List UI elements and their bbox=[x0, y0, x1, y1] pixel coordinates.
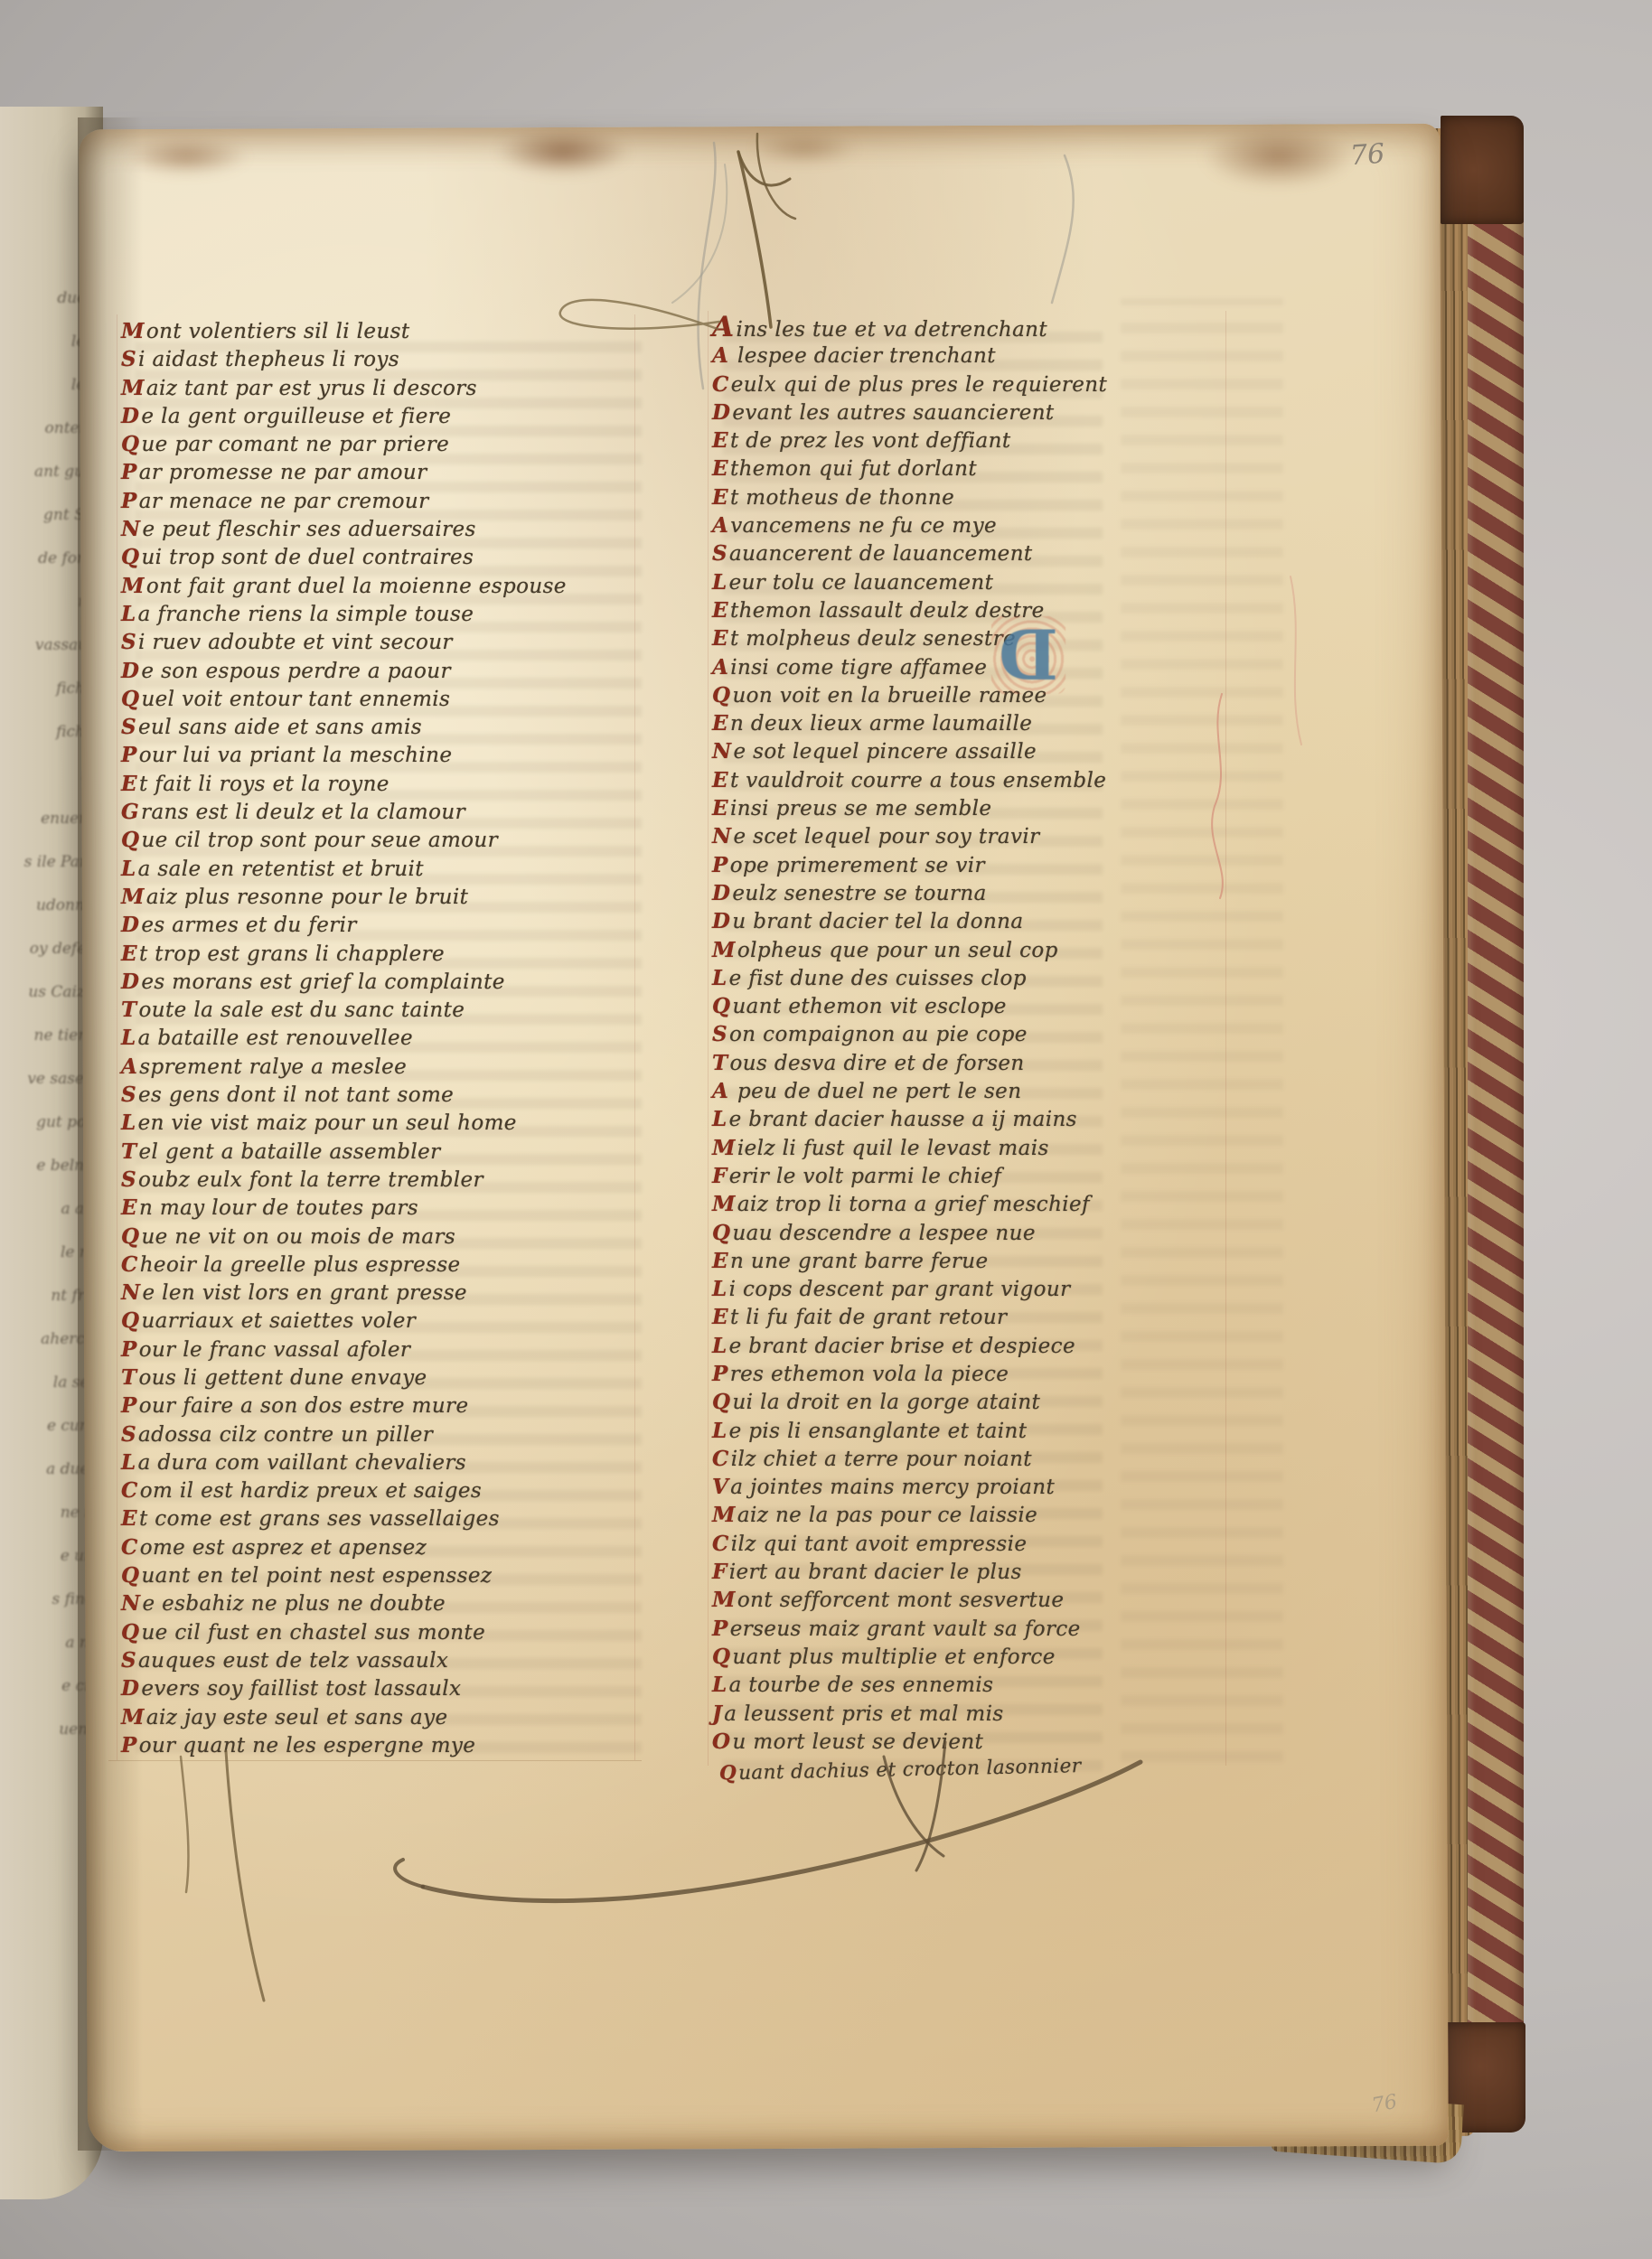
line-text: t li fu fait de grant retour bbox=[730, 1306, 1008, 1329]
text-line: Quel voit entour tant ennemis bbox=[121, 685, 567, 713]
line-text: ont volentiers sil li leust bbox=[146, 320, 410, 343]
rubricated-initial: Q bbox=[121, 1308, 141, 1333]
text-column-right: Ains les tue et va detrenchantA lespee d… bbox=[712, 314, 1107, 1784]
rubricated-initial: C bbox=[712, 1532, 731, 1556]
text-line: Tous li gettent dune envaye bbox=[121, 1364, 567, 1392]
text-line: En une grant barre ferue bbox=[712, 1247, 1107, 1275]
line-text: e peut fleschir ses aduersaires bbox=[142, 518, 475, 541]
text-line: Le fist dune des cuisses clop bbox=[712, 964, 1107, 992]
text-line: La dura com vaillant chevaliers bbox=[121, 1448, 567, 1476]
text-line: Ses gens dont il not tant some bbox=[121, 1081, 567, 1109]
rubricated-initial: S bbox=[121, 715, 138, 739]
line-text: ins les tue et va detrenchant bbox=[736, 318, 1047, 342]
rubricated-initial: N bbox=[121, 517, 142, 541]
line-text: ope primerement se vir bbox=[730, 854, 985, 877]
rubricated-initial: V bbox=[712, 1475, 730, 1499]
line-text: our faire a son dos estre mure bbox=[139, 1394, 469, 1418]
line-text: en vie vist maiz pour un seul home bbox=[138, 1111, 517, 1135]
rubricated-initial: N bbox=[712, 739, 733, 764]
text-line: Maiz plus resonne pour le bruit bbox=[121, 883, 567, 911]
text-line: Le brant dacier hausse a ij mains bbox=[712, 1105, 1107, 1133]
line-text: om il est hardiz preux et saiges bbox=[140, 1479, 482, 1503]
text-line: Tel gent a bataille assembler bbox=[121, 1138, 567, 1166]
rubricated-initial: P bbox=[121, 1337, 139, 1362]
rubricated-initial: Q bbox=[121, 1563, 141, 1588]
rubricated-initial: E bbox=[712, 626, 730, 651]
line-text: uant ethemon vit esclope bbox=[732, 995, 1006, 1018]
line-text: ilz qui tant avoit empressie bbox=[731, 1533, 1028, 1556]
rubricated-initial: T bbox=[712, 1051, 730, 1075]
text-line: Qui la droit en la gorge ataint bbox=[712, 1388, 1107, 1416]
text-line: Par menace ne par cremour bbox=[121, 487, 567, 515]
text-line: Ne scet lequel pour soy travir bbox=[712, 822, 1107, 850]
rubricated-initial: Q bbox=[121, 432, 141, 456]
line-text: t vauldroit courre a tous ensemble bbox=[730, 769, 1106, 792]
text-line: En deux lieux arme laumaille bbox=[712, 709, 1107, 737]
rubricated-initial: E bbox=[712, 598, 730, 623]
text-line: Que cil fust en chastel sus monte bbox=[121, 1618, 567, 1646]
rubricated-initial: A bbox=[712, 1079, 730, 1103]
text-line: Que par comant ne par priere bbox=[121, 430, 567, 458]
rubricated-initial: C bbox=[121, 1535, 140, 1560]
showthrough-right-margin bbox=[1121, 298, 1283, 1762]
text-line: Maiz trop li torna a grief meschief bbox=[712, 1190, 1107, 1218]
text-line: Des morans est grief la complainte bbox=[121, 968, 567, 996]
rubricated-initial: A bbox=[712, 343, 730, 368]
line-text: erir le volt parmi le chief bbox=[729, 1165, 1001, 1188]
ruling-line bbox=[708, 311, 709, 1766]
text-line: Que ne vit on ou mois de mars bbox=[121, 1223, 567, 1251]
binding-board-patterned bbox=[1468, 152, 1524, 2104]
line-text: t come est grans ses vassellaiges bbox=[139, 1507, 500, 1531]
rubricated-initial: M bbox=[712, 1503, 737, 1527]
text-line: Maiz tant par est yrus li descors bbox=[121, 374, 567, 402]
line-text: lespee dacier trenchant bbox=[730, 344, 996, 368]
text-line: Sadossa cilz contre un piller bbox=[121, 1420, 567, 1448]
text-line: Maiz ne la pas pour ce laissie bbox=[712, 1501, 1107, 1529]
text-line: Einsi preus se me semble bbox=[712, 794, 1107, 822]
rubricated-initial: G bbox=[121, 800, 141, 824]
text-line: Pour faire a son dos estre mure bbox=[121, 1392, 567, 1420]
rubricated-initial: M bbox=[121, 885, 146, 909]
line-text: ilz chiet a terre pour noiant bbox=[731, 1448, 1032, 1471]
line-text: ont fait grant duel la moienne espouse bbox=[146, 575, 567, 598]
line-text: e son espous perdre a paour bbox=[141, 660, 451, 683]
line-text: aiz ne la pas pour ce laissie bbox=[737, 1504, 1037, 1527]
text-line: Len vie vist maiz pour un seul home bbox=[121, 1109, 567, 1137]
text-line: Pour quant ne les espergne mye bbox=[121, 1731, 567, 1759]
rubricated-initial: M bbox=[121, 1705, 146, 1729]
line-text: ue ne vit on ou mois de mars bbox=[141, 1225, 455, 1249]
line-text: e sot lequel pincere assaille bbox=[733, 740, 1037, 764]
line-text: ui trop sont de duel contraires bbox=[141, 546, 474, 569]
rubricated-initial: S bbox=[712, 541, 729, 566]
decorated-initial-showthrough: D bbox=[991, 616, 1065, 694]
text-line: Cilz chiet a terre pour noiant bbox=[712, 1445, 1107, 1473]
text-line: Seul sans aide et sans amis bbox=[121, 713, 567, 741]
line-text: ielz li fust quil le levast mais bbox=[737, 1137, 1049, 1160]
text-line: La tourbe de ses ennemis bbox=[712, 1671, 1107, 1699]
line-text: erseus maiz grant vault sa force bbox=[730, 1617, 1081, 1641]
line-text: ous li gettent dune envaye bbox=[139, 1366, 427, 1390]
line-text: ue par comant ne par priere bbox=[141, 433, 449, 456]
rubricated-initial: D bbox=[121, 1676, 141, 1701]
rubricated-initial: Q bbox=[712, 994, 732, 1018]
line-text: ous desva dire et de forsen bbox=[730, 1052, 1025, 1075]
line-text: evers soy faillist tost lassaulx bbox=[141, 1677, 461, 1701]
line-text: aiz trop li torna a grief meschief bbox=[737, 1193, 1090, 1216]
text-line: Si ruev adoubte et vint secour bbox=[121, 628, 567, 656]
rubricated-initial: P bbox=[712, 853, 730, 877]
line-text: aiz tant par est yrus li descors bbox=[146, 377, 477, 400]
text-column-left: Mont volentiers sil li leustSi aidast th… bbox=[121, 317, 567, 1759]
line-text: eur tolu ce lauancement bbox=[729, 571, 994, 595]
rubricated-initial: Q bbox=[712, 683, 732, 708]
folio-number-top: 76 bbox=[1349, 138, 1386, 173]
text-line: Mielz li fust quil le levast mais bbox=[712, 1134, 1107, 1162]
rubricated-initial: P bbox=[121, 1393, 139, 1418]
rubricated-initial: Q bbox=[712, 1645, 732, 1669]
line-text: sprement ralye a meslee bbox=[139, 1055, 407, 1079]
text-line: Ou mort leust se devient bbox=[712, 1728, 1107, 1756]
line-text: uarriaux et saiettes voler bbox=[141, 1309, 416, 1333]
line-text: aiz plus resonne pour le bruit bbox=[146, 886, 468, 909]
text-line: Pour lui va priant la meschine bbox=[121, 741, 567, 769]
text-line: Pres ethemon vola la piece bbox=[712, 1360, 1107, 1388]
rubricated-initial: M bbox=[712, 938, 737, 962]
line-text: eul sans aide et sans amis bbox=[138, 716, 422, 739]
text-line: Ains les tue et va detrenchant bbox=[712, 314, 1107, 342]
line-text: es armes et du ferir bbox=[141, 914, 356, 937]
line-text: uau descendre a lespee nue bbox=[732, 1222, 1035, 1245]
rubricated-initial: E bbox=[712, 428, 730, 453]
stain bbox=[123, 137, 249, 175]
text-line: Et fait li roys et la royne bbox=[121, 770, 567, 798]
line-text: auancerent de lauancement bbox=[729, 542, 1033, 566]
rubricated-initial: C bbox=[712, 372, 731, 397]
line-text: auques eust de telz vassaulx bbox=[138, 1649, 448, 1673]
rubricated-initial: N bbox=[121, 1280, 142, 1305]
rubricated-initial: D bbox=[121, 970, 141, 994]
rubricated-initial: L bbox=[121, 857, 138, 881]
rubricated-initial: A bbox=[712, 311, 736, 343]
rubricated-initial: E bbox=[712, 485, 730, 510]
line-text: insi preus se me semble bbox=[730, 797, 991, 820]
line-text: n may lour de toutes pars bbox=[139, 1196, 418, 1220]
line-text: ue cil trop sont pour seue amour bbox=[141, 829, 498, 852]
stain bbox=[1202, 125, 1356, 188]
line-text: u brant dacier tel la donna bbox=[732, 910, 1023, 933]
rubricated-initial: L bbox=[712, 1107, 729, 1131]
line-text: e pis li ensanglante et taint bbox=[729, 1420, 1028, 1443]
text-line: Mont sefforcent mont sesvertue bbox=[712, 1586, 1107, 1614]
text-line: De son espous perdre a paour bbox=[121, 657, 567, 685]
text-line: A peu de duel ne pert le sen bbox=[712, 1077, 1107, 1105]
line-text: heoir la greelle plus espresse bbox=[140, 1253, 461, 1277]
text-line: Qui trop sont de duel contraires bbox=[121, 543, 567, 571]
rubricated-initial: Q bbox=[121, 1224, 141, 1249]
line-text: oubz eulx font la terre trembler bbox=[138, 1168, 483, 1192]
text-line: Avancemens ne fu ce mye bbox=[712, 511, 1107, 539]
text-line: Ne peut fleschir ses aduersaires bbox=[121, 515, 567, 543]
text-line: Perseus maiz grant vault sa force bbox=[712, 1615, 1107, 1643]
line-text: ar promesse ne par amour bbox=[139, 461, 427, 484]
rubricated-initial: M bbox=[712, 1136, 737, 1160]
rubricated-initial: E bbox=[712, 1305, 730, 1329]
text-line: Sauques eust de telz vassaulx bbox=[121, 1646, 567, 1674]
rubricated-initial: L bbox=[121, 1111, 138, 1135]
text-line: Si aidast thepheus li roys bbox=[121, 345, 567, 373]
line-text: t trop est grans li chapplere bbox=[139, 942, 445, 966]
stain bbox=[750, 132, 859, 164]
text-line: Le pis li ensanglante et taint bbox=[712, 1417, 1107, 1445]
text-line: Et trop est grans li chapplere bbox=[121, 940, 567, 968]
text-line: Tous desva dire et de forsen bbox=[712, 1049, 1107, 1077]
text-line: Va jointes mains mercy proiant bbox=[712, 1473, 1107, 1501]
ruling-line bbox=[108, 1760, 642, 1761]
rubricated-initial: S bbox=[121, 1422, 138, 1447]
line-text: el gent a bataille assembler bbox=[139, 1140, 441, 1164]
line-text: our lui va priant la meschine bbox=[139, 744, 453, 767]
text-line: Quant ethemon vit esclope bbox=[712, 992, 1107, 1020]
line-text: a dura com vaillant chevaliers bbox=[138, 1451, 466, 1475]
rubricated-initial: D bbox=[712, 881, 732, 905]
text-line: Com il est hardiz preux et saiges bbox=[121, 1476, 567, 1504]
line-text: oute la sale est du sanc tainte bbox=[139, 998, 465, 1022]
rubricated-initial: M bbox=[121, 376, 146, 400]
line-text: e esbahiz ne plus ne doubte bbox=[142, 1592, 446, 1616]
text-line: De la gent orguilleuse et fiere bbox=[121, 402, 567, 430]
rubricated-initial: M bbox=[712, 1192, 737, 1216]
rubricated-initial: P bbox=[121, 460, 139, 484]
line-text: themon qui fut dorlant bbox=[730, 457, 977, 481]
rubricated-initial: L bbox=[712, 1277, 729, 1301]
rubricated-initial: D bbox=[121, 659, 141, 683]
line-text: t motheus de thonne bbox=[730, 486, 954, 510]
line-text: evant les autres sauancierent bbox=[732, 401, 1054, 425]
text-line: Soubz eulx font la terre trembler bbox=[121, 1166, 567, 1194]
stain bbox=[495, 128, 631, 175]
line-text: n une grant barre ferue bbox=[730, 1250, 989, 1273]
line-text: ui la droit en la gorge ataint bbox=[732, 1391, 1040, 1414]
rubricated-initial: M bbox=[712, 1588, 737, 1612]
text-line: Toute la sale est du sanc tainte bbox=[121, 996, 567, 1024]
rubricated-initial: E bbox=[712, 456, 730, 481]
rubricated-initial: D bbox=[121, 913, 141, 937]
line-text: our le franc vassal afoler bbox=[139, 1338, 411, 1362]
text-line: Asprement ralye a meslee bbox=[121, 1053, 567, 1081]
line-text: e la gent orguilleuse et fiere bbox=[141, 405, 451, 428]
rubricated-initial: F bbox=[712, 1560, 729, 1584]
text-line: Des armes et du ferir bbox=[121, 911, 567, 939]
rubricated-initial: Q bbox=[121, 687, 141, 711]
text-line: Ne sot lequel pincere assaille bbox=[712, 737, 1107, 765]
line-text: es gens dont il not tant some bbox=[138, 1083, 454, 1107]
rubricated-initial: L bbox=[712, 1673, 729, 1697]
rubricated-initial: M bbox=[121, 574, 146, 598]
line-text: a bataille est renouvellee bbox=[138, 1026, 413, 1050]
rubricated-initial: L bbox=[121, 1450, 138, 1475]
text-line: Quau descendre a lespee nue bbox=[712, 1219, 1107, 1247]
line-text: aiz jay este seul et sans aye bbox=[146, 1706, 448, 1729]
rubricated-initial: L bbox=[121, 1026, 138, 1050]
rubricated-initial: C bbox=[121, 1252, 140, 1277]
line-text: uant en tel point nest espenssez bbox=[141, 1564, 492, 1588]
rubricated-initial: T bbox=[121, 998, 139, 1022]
rubricated-initial: J bbox=[712, 1701, 724, 1726]
text-line: Deulz senestre se tourna bbox=[712, 879, 1107, 907]
line-text: es morans est grief la complainte bbox=[141, 970, 504, 994]
text-line: Quant en tel point nest espenssez bbox=[121, 1561, 567, 1589]
rubricated-initial: S bbox=[121, 1083, 138, 1107]
text-line: Pope primerement se vir bbox=[712, 851, 1107, 879]
line-text: uant dachius et crocton lasonnier bbox=[738, 1755, 1082, 1785]
line-text: e brant dacier hausse a ij mains bbox=[729, 1108, 1077, 1131]
rubricated-initial: L bbox=[712, 1334, 729, 1358]
line-text: iert au brant dacier le plus bbox=[729, 1561, 1022, 1584]
text-line: Que cil trop sont pour seue amour bbox=[121, 826, 567, 854]
rubricated-initial: Q bbox=[121, 828, 141, 852]
text-line: Grans est li deulz et la clamour bbox=[121, 798, 567, 826]
text-line: Maiz jay este seul et sans aye bbox=[121, 1703, 567, 1731]
rubricated-initial: N bbox=[712, 824, 733, 848]
line-text: t fait li roys et la royne bbox=[139, 773, 390, 796]
rubricated-initial: E bbox=[712, 768, 730, 792]
rubricated-initial: L bbox=[712, 1419, 729, 1443]
line-text: uant plus multiplie et enforce bbox=[732, 1645, 1055, 1669]
rubricated-initial: Q bbox=[712, 1390, 732, 1414]
rubricated-initial: E bbox=[121, 942, 139, 966]
rubricated-initial: D bbox=[121, 404, 141, 428]
text-line: Cheoir la greelle plus espresse bbox=[121, 1251, 567, 1279]
text-line: Come est asprez et apensez bbox=[121, 1533, 567, 1561]
text-line: Du brant dacier tel la donna bbox=[712, 907, 1107, 935]
text-line: Ne esbahiz ne plus ne doubte bbox=[121, 1589, 567, 1617]
line-text: i ruev adoubte et vint secour bbox=[138, 631, 453, 654]
line-text: e fist dune des cuisses clop bbox=[729, 967, 1027, 990]
rubricated-initial: Q bbox=[121, 545, 141, 569]
rubricated-initial: N bbox=[121, 1591, 142, 1616]
text-line: Et li fu fait de grant retour bbox=[712, 1303, 1107, 1331]
rubricated-initial: S bbox=[712, 1022, 729, 1046]
text-line: Sauancerent de lauancement bbox=[712, 539, 1107, 567]
rubricated-initial: A bbox=[121, 1055, 139, 1079]
line-text: insi come tigre affamee bbox=[730, 656, 987, 680]
line-text: t molpheus deulz senestre bbox=[730, 627, 1016, 651]
line-text: e len vist lors en grant presse bbox=[142, 1281, 467, 1305]
manuscript-photo: dueslevlevonteinant guilgnt Sode forbntv… bbox=[0, 0, 1652, 2259]
line-text: ont sefforcent mont sesvertue bbox=[737, 1589, 1064, 1612]
line-text: res ethemon vola la piece bbox=[730, 1363, 1009, 1386]
text-line: Son compaignon au pie cope bbox=[712, 1020, 1107, 1048]
rubricated-initial: S bbox=[121, 1648, 138, 1673]
line-text: i cops descent par grant vigour bbox=[729, 1278, 1071, 1301]
leather-corner-top bbox=[1441, 116, 1524, 224]
line-text: rans est li deulz et la clamour bbox=[141, 801, 465, 824]
rubricated-initial: E bbox=[712, 711, 730, 736]
text-line: Ceulx qui de plus pres le requierent bbox=[712, 370, 1107, 398]
text-line: Ferir le volt parmi le chief bbox=[712, 1162, 1107, 1190]
line-text: a sale en retentist et bruit bbox=[138, 858, 424, 881]
rubricated-initial: S bbox=[121, 630, 138, 654]
rubricated-initial: F bbox=[712, 1164, 729, 1188]
line-text: ome est asprez et apensez bbox=[140, 1536, 427, 1560]
line-text: e brant dacier brise et despiece bbox=[729, 1335, 1075, 1358]
text-line: Li cops descent par grant vigour bbox=[712, 1275, 1107, 1303]
line-text: uel voit entour tant ennemis bbox=[141, 688, 450, 711]
rubricated-initial: T bbox=[121, 1365, 139, 1390]
text-line: Ne len vist lors en grant presse bbox=[121, 1279, 567, 1307]
ruling-line bbox=[634, 314, 635, 1760]
text-line: Ja leussent pris et mal mis bbox=[712, 1700, 1107, 1728]
text-line: Devant les autres sauancierent bbox=[712, 398, 1107, 426]
rubricated-initial: E bbox=[121, 1506, 139, 1531]
text-line: La franche riens la simple touse bbox=[121, 600, 567, 628]
text-line: Fiert au brant dacier le plus bbox=[712, 1558, 1107, 1586]
line-text: a jointes mains mercy proiant bbox=[730, 1476, 1055, 1499]
rubricated-initial: D bbox=[712, 909, 732, 933]
text-line: Leur tolu ce lauancement bbox=[712, 568, 1107, 596]
rubricated-initial: Q bbox=[719, 1762, 739, 1785]
line-text: olpheus que pour un seul cop bbox=[737, 939, 1058, 962]
folio-number-bottom: 76 bbox=[1370, 2091, 1399, 2117]
rubricated-initial: T bbox=[121, 1139, 139, 1164]
line-text: eulx qui de plus pres le requierent bbox=[731, 373, 1107, 397]
rubricated-initial: P bbox=[712, 1362, 730, 1386]
text-line: Et come est grans ses vassellaiges bbox=[121, 1504, 567, 1533]
line-text: a franche riens la simple touse bbox=[138, 603, 474, 626]
text-line: Et vauldroit courre a tous ensemble bbox=[712, 766, 1107, 794]
text-line: Le brant dacier brise et despiece bbox=[712, 1332, 1107, 1360]
line-text: eulz senestre se tourna bbox=[732, 882, 986, 905]
rubricated-initial: P bbox=[121, 1733, 139, 1758]
rubricated-initial: P bbox=[121, 489, 139, 513]
text-line: Mont fait grant duel la moienne espouse bbox=[121, 572, 567, 600]
line-text: a tourbe de ses ennemis bbox=[729, 1673, 994, 1697]
line-text: peu de duel ne pert le sen bbox=[730, 1080, 1021, 1103]
rubricated-initial: P bbox=[121, 743, 139, 767]
line-text: u mort leust se devient bbox=[732, 1730, 983, 1754]
rubricated-initial: Q bbox=[712, 1221, 732, 1245]
text-line: La sale en retentist et bruit bbox=[121, 855, 567, 883]
rubricated-initial: E bbox=[712, 796, 730, 820]
rubricated-initial: O bbox=[712, 1729, 732, 1754]
text-line: Quant plus multiplie et enforce bbox=[712, 1643, 1107, 1671]
text-line: Et de prez les vont deffiant bbox=[712, 426, 1107, 455]
rubricated-initial: A bbox=[712, 655, 730, 680]
text-line: Ethemon qui fut dorlant bbox=[712, 455, 1107, 483]
rubricated-initial: L bbox=[712, 966, 729, 990]
text-line: A lespee dacier trenchant bbox=[712, 342, 1107, 370]
rubricated-initial: S bbox=[121, 347, 138, 371]
line-text: vancemens ne fu ce mye bbox=[730, 514, 997, 538]
rubricated-initial: E bbox=[712, 1249, 730, 1273]
rubricated-initial: A bbox=[712, 513, 730, 538]
rubricated-initial: P bbox=[712, 1617, 730, 1641]
rubricated-initial: M bbox=[121, 319, 146, 343]
line-text: on compaignon au pie cope bbox=[729, 1023, 1028, 1046]
line-text: ue cil fust en chastel sus monte bbox=[141, 1621, 485, 1645]
line-text: ar menace ne par cremour bbox=[139, 490, 429, 513]
text-line: Devers soy faillist tost lassaulx bbox=[121, 1674, 567, 1702]
line-text: our quant ne les espergne mye bbox=[139, 1734, 476, 1758]
rubricated-initial: E bbox=[121, 772, 139, 796]
ruling-line bbox=[117, 314, 117, 1760]
text-line: Pour le franc vassal afoler bbox=[121, 1336, 567, 1364]
line-text: adossa cilz contre un piller bbox=[138, 1423, 433, 1447]
rubricated-initial: Q bbox=[121, 1620, 141, 1645]
text-line: Cilz qui tant avoit empressie bbox=[712, 1530, 1107, 1558]
